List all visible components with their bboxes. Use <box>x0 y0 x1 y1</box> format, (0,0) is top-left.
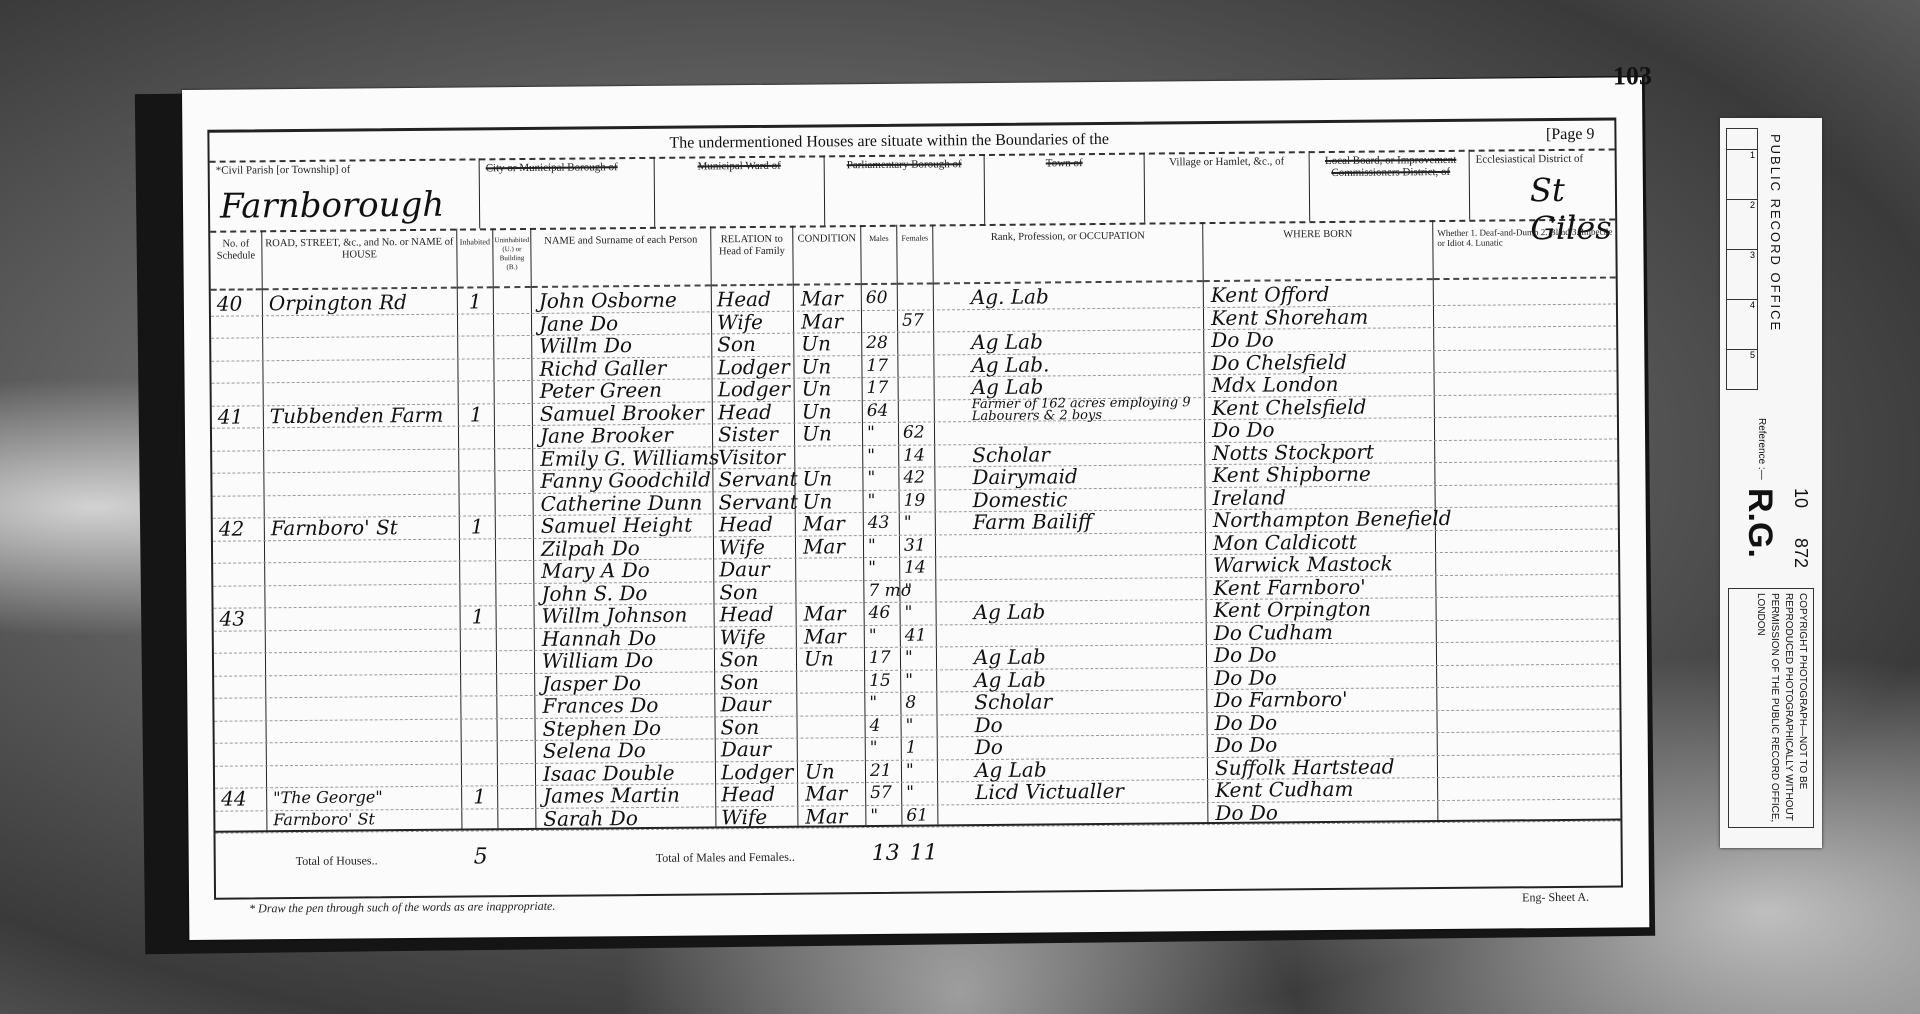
cell-occupation: Do <box>974 713 1002 735</box>
cell-occupation: Scholar <box>974 690 1052 713</box>
total-females-value: 11 <box>910 840 938 865</box>
piece-number: 10 <box>1790 488 1811 508</box>
cell-females: " <box>906 782 914 804</box>
cell-condition: Mar <box>805 805 847 827</box>
cell-born: Northampton Benefield <box>1213 507 1452 531</box>
total-persons-label: Total of Males and Females.. <box>656 850 795 866</box>
col-header: RELATION to Head of Family <box>711 226 793 287</box>
boundary-label: *Civil Parish [or Township] of <box>216 164 351 177</box>
cell-inhabited: 1 <box>472 605 485 627</box>
cell-relation: Son <box>717 333 756 355</box>
col-header: Males <box>861 225 897 285</box>
folio-number: 103 <box>1613 61 1652 91</box>
cell-occupation: Ag Lab <box>973 600 1045 623</box>
cell-females: " <box>905 714 913 736</box>
cell-name: Emily G. Williams <box>540 446 719 470</box>
cell-males: 28 <box>866 332 888 354</box>
boundary-parliamentary-borough: Parliamentary Borough of <box>825 154 986 225</box>
cell-males: 60 <box>866 287 888 309</box>
cell-inhabited: 1 <box>471 515 484 537</box>
boundary-label: Local Board, or Improvement Commissioner… <box>1316 154 1466 179</box>
ruler-mark: 5 <box>1727 349 1757 360</box>
cell-name: Jane Brooker <box>540 424 673 447</box>
copyright-notice: COPYRIGHT PHOTOGRAPH—NOT TO BE REPRODUCE… <box>1728 588 1814 828</box>
cell-inhabited: 1 <box>470 403 483 425</box>
col-header: CONDITION <box>793 225 861 286</box>
cell-males: 17 <box>869 647 891 669</box>
cell-condition: Un <box>804 647 834 669</box>
reference-label: Reference :— <box>1756 418 1767 480</box>
cell-females: " <box>906 759 914 781</box>
cell-born: Mon Caldicott <box>1213 530 1357 553</box>
cell-females: " <box>904 512 912 534</box>
cell-relation: Son <box>720 670 759 692</box>
cell-born: Kent Cudham <box>1215 778 1353 801</box>
cell-males: " <box>867 444 875 466</box>
cell-born: Do Do <box>1215 801 1278 824</box>
cell-females: " <box>904 602 912 624</box>
ruler-mark: 4 <box>1727 299 1757 310</box>
total-males-value: 13 <box>872 841 900 866</box>
cell-born: Do Farnboro' <box>1214 688 1347 711</box>
cell-born: Kent Chelsfield <box>1212 395 1367 418</box>
cell-males: 43 <box>868 512 890 534</box>
cell-relation: Wife <box>717 310 763 332</box>
cell-inhabited: 1 <box>469 290 482 312</box>
cell-condition: Mar <box>803 512 845 534</box>
boundary-village: Village or Hamlet, &c., of <box>1145 151 1311 222</box>
cell-name: Zilpah Do <box>541 537 640 560</box>
cell-name: Peter Green <box>540 379 662 402</box>
boundary-ecclesiastical: Ecclesiastical District of St Giles <box>1470 149 1616 220</box>
cell-born: Mdx London <box>1212 373 1339 396</box>
cell-born: Suffolk Hartstead <box>1215 755 1395 779</box>
cell-name: William Do <box>542 649 653 672</box>
cell-occupation: Scholar <box>972 443 1050 466</box>
cell-born: Ireland <box>1212 486 1286 509</box>
cell-condition: Un <box>805 760 835 782</box>
cell-females: 1 <box>906 737 917 759</box>
cell-occupation: Ag Lab <box>971 330 1043 353</box>
cell-condition: Mar <box>801 287 843 309</box>
cell-name: Willm Do <box>539 334 632 357</box>
cell-females: " <box>904 579 912 601</box>
cell-males: " <box>868 489 876 511</box>
boundary-value: Farnborough <box>220 185 445 227</box>
cell-relation: Wife <box>719 535 765 557</box>
cell-relation: Head <box>718 400 772 422</box>
cell-occupation: Farmer of 162 acres employing 9 Labourer… <box>972 397 1212 423</box>
cell-occupation: Ag Lab <box>975 758 1047 781</box>
total-houses-label: Total of Houses.. <box>296 853 378 869</box>
cell-born: Kent Orpington <box>1213 598 1371 621</box>
cell-schedule: 43 <box>220 607 246 629</box>
boundary-label: Town of <box>985 157 1144 170</box>
col-header: Rank, Profession, or OCCUPATION <box>933 222 1203 284</box>
cell-name: Catherine Dunn <box>541 491 703 514</box>
cell-males: " <box>868 557 876 579</box>
cell-males: 17 <box>866 354 888 376</box>
cell-occupation: Dairymaid <box>972 465 1078 488</box>
cell-males: " <box>870 804 878 826</box>
cell-name: Sarah Do <box>543 807 638 830</box>
cell-name: Jasper Do <box>542 672 641 695</box>
cell-name: Hannah Do <box>542 626 657 649</box>
cell-name: Stephen Do <box>542 716 661 739</box>
cell-males: " <box>869 692 877 714</box>
census-page: 103 The undermentioned Houses are situat… <box>182 77 1649 940</box>
cell-address: Orpington Rd <box>269 291 407 314</box>
cell-occupation: Ag Lab <box>974 645 1046 668</box>
cell-condition: Mar <box>804 625 846 647</box>
cell-address: Tubbenden Farm <box>270 403 444 427</box>
boundary-town: Town of <box>985 153 1146 224</box>
col-header: ROAD, STREET, &c., and No. or NAME of HO… <box>262 229 457 291</box>
cell-born: Do Cudham <box>1214 620 1333 643</box>
cell-relation: Visitor <box>718 445 785 468</box>
cell-condition: Un <box>803 490 833 512</box>
cell-born: Do Do <box>1214 643 1277 666</box>
cell-females: 61 <box>906 804 928 826</box>
cell-relation: Son <box>720 715 759 737</box>
col-header: No. of Schedule <box>210 230 262 290</box>
cell-relation: Sister <box>718 423 778 446</box>
cell-condition: Mar <box>801 310 843 332</box>
col-header: WHERE BORN <box>1203 220 1433 282</box>
boundary-label: Village or Hamlet, &c., of <box>1145 155 1309 168</box>
cell-females: 14 <box>903 444 925 466</box>
cell-females: " <box>905 669 913 691</box>
census-table: No. of Schedule ROAD, STREET, &c., and N… <box>210 218 1620 830</box>
cell-born: Do Chelsfield <box>1211 350 1347 373</box>
cell-relation: Lodger <box>721 760 794 783</box>
cell-condition: Un <box>802 467 832 489</box>
cell-condition: Mar <box>805 782 847 804</box>
page-label: [Page 9 <box>1546 126 1595 144</box>
ruler-mark: 2 <box>1727 199 1757 210</box>
cell-females: 14 <box>904 557 926 579</box>
form-title: The undermentioned Houses are situate wi… <box>669 131 1109 153</box>
cell-relation: Wife <box>721 805 767 827</box>
col-header: Uninhabited (U.) or Building (B.) <box>493 228 531 288</box>
cell-relation: Lodger <box>717 355 790 378</box>
col-header: NAME and Surname of each Person <box>531 226 711 288</box>
cell-schedule: 40 <box>217 292 243 314</box>
cell-born: Do Do <box>1214 666 1277 689</box>
cell-condition: Un <box>801 355 831 377</box>
cell-born: Warwick Mastock <box>1213 552 1393 576</box>
scale-ruler: 12345 <box>1726 128 1758 390</box>
cell-females: 8 <box>905 692 916 714</box>
cell-males: " <box>869 624 877 646</box>
cell-born: Do Do <box>1211 328 1274 351</box>
cell-condition: Un <box>802 422 832 444</box>
cell-name: Richd Galler <box>539 356 666 379</box>
cell-condition: Un <box>801 332 831 354</box>
cell-occupation: Do <box>975 736 1003 758</box>
cell-name: Selena Do <box>543 739 646 762</box>
cell-occupation: Ag. Lab <box>971 285 1049 308</box>
cell-born: Kent Offord <box>1211 283 1330 306</box>
cell-schedule: 42 <box>219 517 245 539</box>
ruler-mark: 1 <box>1727 149 1757 160</box>
cell-born: Do Do <box>1214 711 1277 734</box>
cell-relation: Daur <box>720 693 771 715</box>
cell-occupation: Licd Victualler <box>975 780 1124 803</box>
record-office-label: PUBLIC RECORD OFFICE <box>1768 134 1783 332</box>
cell-address: Farnboro' St <box>271 516 398 539</box>
cell-name: Jane Do <box>539 312 618 335</box>
cell-relation: Lodger <box>718 378 791 401</box>
cell-males: 15 <box>869 669 891 691</box>
cell-address: "The George" Farnboro' St <box>273 786 453 832</box>
cell-males: " <box>870 737 878 759</box>
cell-relation: Head <box>719 513 773 535</box>
cell-occupation: Domestic <box>973 488 1068 511</box>
cell-born: Kent Shipborne <box>1212 463 1371 486</box>
cell-occupation: Ag Lab <box>974 668 1046 691</box>
cell-name: Samuel Height <box>541 514 693 537</box>
cell-name: John Osborne <box>539 289 677 312</box>
cell-born: Kent Shoreham <box>1211 305 1368 328</box>
cell-name: John S. Do <box>541 581 647 604</box>
cell-females: 41 <box>905 624 927 646</box>
col-header: Whether 1. Deaf-and-Dumb 2. Blind 3. Imb… <box>1433 218 1616 280</box>
ruler-mark: 3 <box>1727 249 1757 260</box>
cell-relation: Servant <box>719 490 798 513</box>
boundary-label: Parliamentary Borough of <box>825 158 984 171</box>
cell-males: 46 <box>868 602 890 624</box>
cell-name: Mary A Do <box>541 559 650 582</box>
sheet-label: Eng- Sheet A. <box>1522 890 1589 906</box>
cell-relation: Daur <box>719 558 770 580</box>
cell-males: " <box>867 422 875 444</box>
cell-males: 4 <box>869 714 880 736</box>
cell-born: Do Do <box>1212 418 1275 441</box>
cell-name: Fanny Goodchild <box>540 468 711 491</box>
cell-inhabited: 1 <box>473 785 486 807</box>
boundary-local-board: Local Board, or Improvement Commissioner… <box>1310 150 1471 221</box>
cell-name: James Martin <box>543 784 680 807</box>
cell-females: 57 <box>902 309 924 331</box>
cell-condition: Mar <box>803 602 845 624</box>
cell-name: Frances Do <box>542 694 658 717</box>
reference-slip: 12345 PUBLIC RECORD OFFICE Reference :— … <box>1720 118 1822 848</box>
boundary-label: Ecclesiastical District of <box>1476 153 1584 166</box>
cell-relation: Head <box>721 783 775 805</box>
cell-name: Willm Johnson <box>542 604 688 627</box>
cell-relation: Head <box>720 603 774 625</box>
cell-condition: Un <box>802 377 832 399</box>
boundary-civil-parish: *Civil Parish [or Township] of Farnborou… <box>210 158 481 230</box>
cell-females: 62 <box>903 422 925 444</box>
cell-name: Samuel Brooker <box>540 401 704 424</box>
cell-males: " <box>868 534 876 556</box>
cell-schedule: 44 <box>221 787 247 809</box>
cell-females: 19 <box>904 489 926 511</box>
total-houses-value: 5 <box>474 844 488 869</box>
folio-ref: 872 <box>1790 538 1811 568</box>
class-code: R.G. <box>1740 488 1779 558</box>
cell-condition: Mar <box>803 535 845 557</box>
cell-females: " <box>905 647 913 669</box>
col-uninhabited: Uninhabited (U.) or Building (B.) <box>493 228 536 828</box>
cell-born: Do Do <box>1215 733 1278 756</box>
col-header: Females <box>897 224 933 284</box>
cell-females: 42 <box>903 467 925 489</box>
cell-males: 57 <box>870 782 892 804</box>
cell-schedule: 41 <box>218 405 244 427</box>
cell-occupation: Farm Bailiff <box>973 510 1092 533</box>
col-header: Inhabited <box>457 228 493 288</box>
boundary-municipal-ward: Municipal Ward of <box>655 155 826 226</box>
cell-males: 21 <box>870 759 892 781</box>
cell-females: 31 <box>904 534 926 556</box>
cell-relation: Servant <box>718 468 797 491</box>
cell-occupation: Ag Lab. <box>971 353 1049 376</box>
census-form: The undermentioned Houses are situate wi… <box>207 117 1623 899</box>
cell-relation: Wife <box>720 625 766 647</box>
cell-relation: Head <box>717 288 771 310</box>
cell-males: 17 <box>867 377 889 399</box>
cell-males: " <box>867 467 875 489</box>
cell-born: Notts Stockport <box>1212 440 1374 463</box>
footnote: * Draw the pen through such of the words… <box>249 899 555 917</box>
boundary-municipal-borough: City or Municipal Borough of <box>480 157 656 229</box>
cell-condition: Un <box>802 400 832 422</box>
cell-relation: Daur <box>721 738 772 760</box>
cell-occupation: Ag Lab <box>972 375 1044 398</box>
cell-name: Isaac Double <box>543 761 675 784</box>
cell-males: 64 <box>867 399 889 421</box>
totals-row: Total of Houses.. 5 Total of Males and F… <box>215 818 1621 899</box>
cell-relation: Son <box>719 580 758 602</box>
cell-born: Kent Farnboro' <box>1213 575 1366 598</box>
cell-relation: Son <box>720 648 759 670</box>
boundary-label: City or Municipal Borough of <box>486 161 618 174</box>
boundary-label: Municipal Ward of <box>655 159 824 172</box>
